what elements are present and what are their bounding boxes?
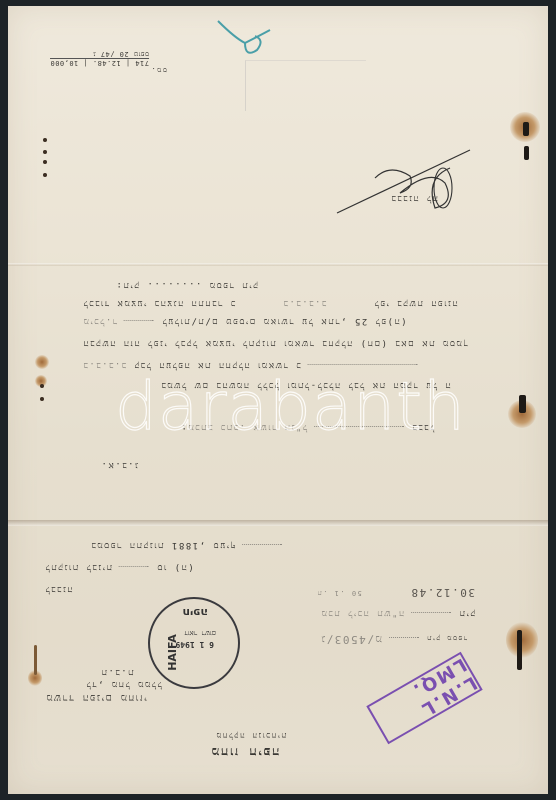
lower-footer-label: לבבנה (44, 584, 73, 595)
signature-typed-name: בבבנה לה (390, 193, 438, 204)
watermark: darabanth (115, 368, 466, 445)
middle-line-4: הבקשה הזה לפני לבקל אמצעי לתקנות ומאשר ב… (82, 338, 468, 349)
punch-hole (40, 397, 44, 401)
staple-tear (34, 645, 37, 675)
punch-hole (43, 138, 47, 142)
middle-line-3: מיכל.ר לעלות/ת/ם טפסים מאושר על אתר, 25 … (82, 316, 407, 327)
rust-stain (35, 355, 49, 369)
office-line-3: משרד הפנים מחוזי (45, 692, 147, 703)
punch-hole (43, 173, 47, 177)
date-value: 30.12.48 (410, 586, 475, 599)
date-label: ת. 1. 50 (316, 589, 362, 597)
postmark-city-hebrew: חיפה (182, 606, 208, 619)
reference-mark: מס. (150, 66, 167, 74)
fold-line-upper (8, 263, 548, 266)
punch-hole (40, 384, 44, 388)
lower-reference: לתקנות לבנית סו (ה) (44, 562, 194, 573)
form-number: 714 | 12.48. | 10,000 ג 47/ 20 טופס (50, 50, 149, 67)
postmark-date: 6 1 1949 (175, 640, 214, 649)
middle-line-1: תיק ........ מספר תיק: (115, 280, 258, 291)
signoff-large: מחוז חיפה (210, 744, 279, 760)
office-line-2: לד, מחל ממלל (85, 679, 162, 690)
staple-tear (519, 395, 526, 413)
pen-mark-icon (215, 18, 275, 58)
postmark-line: דואר רשום (184, 629, 216, 637)
haifa-postmark: HAIFA חיפה 6 1 1949 דואר רשום (148, 597, 240, 689)
signature-icon (335, 148, 475, 218)
fold-line-lower (8, 520, 548, 526)
lower-header-line: במספר התקנות 1881, סעיף (90, 540, 282, 551)
middle-line-2: לכבוד אמצעי בהצגה התחבר כ ב.ב.ב.ב לפי בק… (82, 298, 458, 309)
punch-hole (43, 150, 47, 154)
staple-tear (517, 630, 522, 670)
form-row: מכת ליכה תש"ה תיק (320, 608, 475, 619)
staple-tear (524, 146, 529, 160)
signoff-small: מחלקה הנוכחית (215, 731, 286, 740)
file-number-row: ג/4503/מ תיק מספר (320, 633, 467, 646)
signature (335, 148, 475, 222)
bleed-through-text (245, 60, 366, 111)
staple-tear (523, 122, 529, 136)
punch-hole (43, 160, 47, 164)
office-line-1: ת.ב.ת (100, 667, 134, 678)
rust-stain (506, 622, 538, 658)
initials: א.ב.ג. (100, 460, 138, 471)
